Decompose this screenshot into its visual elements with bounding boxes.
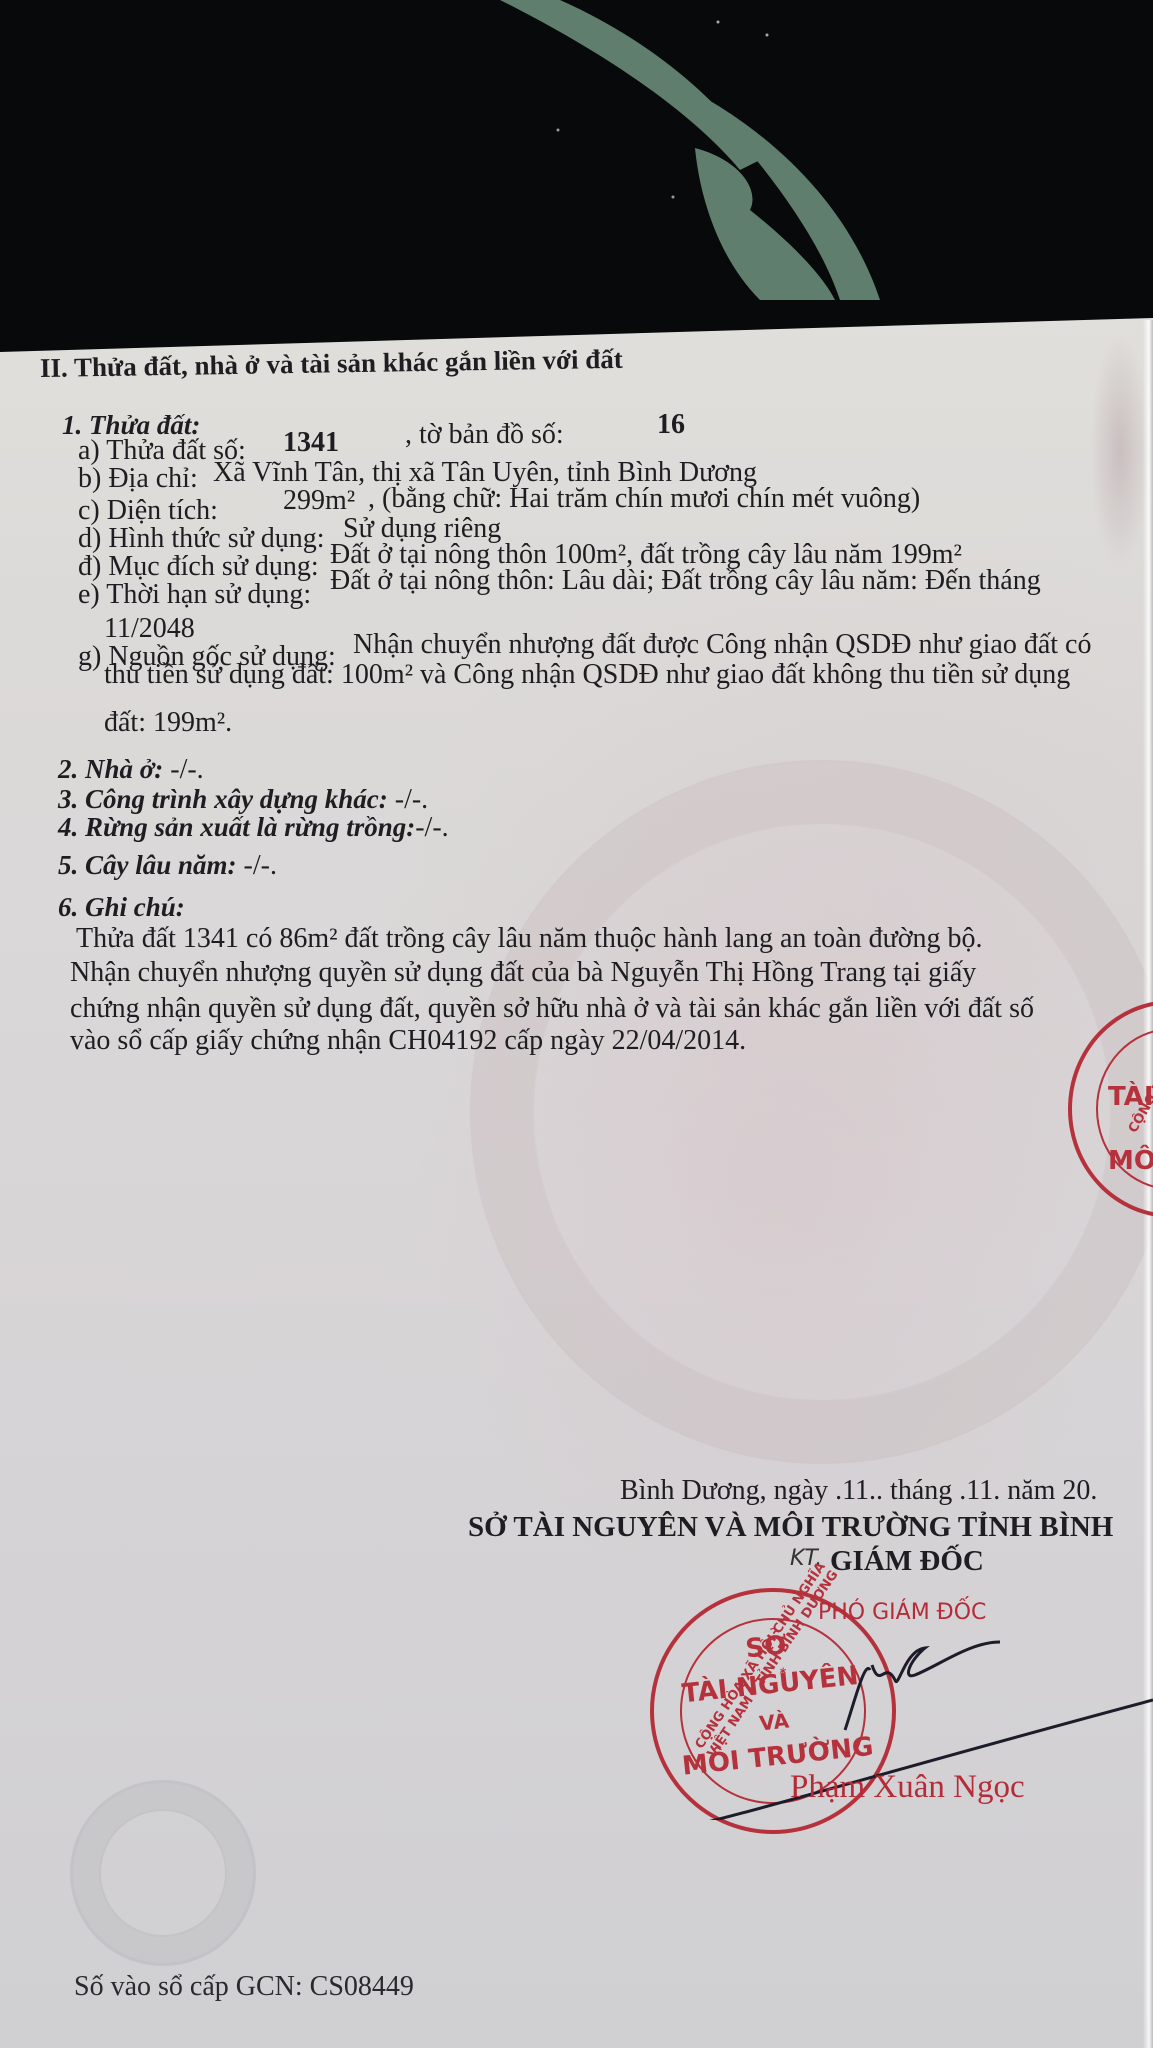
parcel-number: 1341 xyxy=(283,428,339,458)
usage-form-label: d) Hình thức sử dụng: xyxy=(78,524,325,554)
perennial-trees-item: 5. Cây lâu năm: -/-. xyxy=(58,850,277,881)
emblem-watermark xyxy=(470,760,1153,1464)
construction-item: 3. Công trình xây dựng khác: -/-. xyxy=(58,784,428,815)
place-date: Bình Dương, ngày .11.. tháng .11. năm 20… xyxy=(620,1476,1097,1506)
origin-line2: thu tiền sử dụng đất: 100m² và Công nhận… xyxy=(104,660,1070,690)
page-fold-shadow xyxy=(1090,330,1150,570)
notes-heading: 6. Ghi chú: xyxy=(58,892,185,922)
area-in-words: , (bằng chữ: Hai trăm chín mươi chín mét… xyxy=(368,484,920,514)
usage-purpose-label: đ) Mục đích sử dụng: xyxy=(78,552,319,582)
note-line: Nhận chuyển nhượng quyền sử dụng đất của… xyxy=(70,958,976,988)
origin-line3: đất: 199m². xyxy=(104,708,232,738)
house-item: 2. Nhà ở: -/-. xyxy=(58,754,204,785)
background-leaf-decoration xyxy=(0,0,1153,360)
director-title: GIÁM ĐỐC xyxy=(830,1546,984,1576)
usage-term-line2: 11/2048 xyxy=(104,614,195,644)
usage-term-label: e) Thời hạn sử dụng: xyxy=(78,580,311,610)
map-sheet-label: , tờ bản đồ số: xyxy=(405,420,564,450)
section-title: II. Thửa đất, nhà ở và tài sản khác gắn … xyxy=(40,344,623,383)
issuing-agency: SỞ TÀI NGUYÊN VÀ MÔI TRƯỜNG TỈNH BÌNH xyxy=(468,1512,1113,1542)
origin-line1: Nhận chuyển nhượng đất được Công nhận QS… xyxy=(353,630,1091,660)
area-value: 299m² xyxy=(283,486,355,516)
area-label: c) Diện tích: xyxy=(78,496,218,526)
note-line: Thửa đất 1341 có 86m² đất trồng cây lâu … xyxy=(76,924,983,954)
note-line: chứng nhận quyền sử dụng đất, quyền sở h… xyxy=(70,994,1034,1024)
embossed-seal xyxy=(70,1780,256,1966)
signer-name: Phạm Xuân Ngọc xyxy=(790,1772,1025,1802)
map-sheet-number: 16 xyxy=(657,410,685,440)
note-line: vào sổ cấp giấy chứng nhận CH04192 cấp n… xyxy=(70,1026,746,1056)
usage-term-line1: Đất ở tại nông thôn: Lâu dài; Đất trồng … xyxy=(330,566,1041,596)
registry-number: Số vào sổ cấp GCN: CS08449 xyxy=(74,1972,414,2002)
planted-forest-item: 4. Rừng sản xuất là rừng trồng:-/-. xyxy=(58,812,449,843)
address-label: b) Địa chỉ: xyxy=(78,464,198,494)
